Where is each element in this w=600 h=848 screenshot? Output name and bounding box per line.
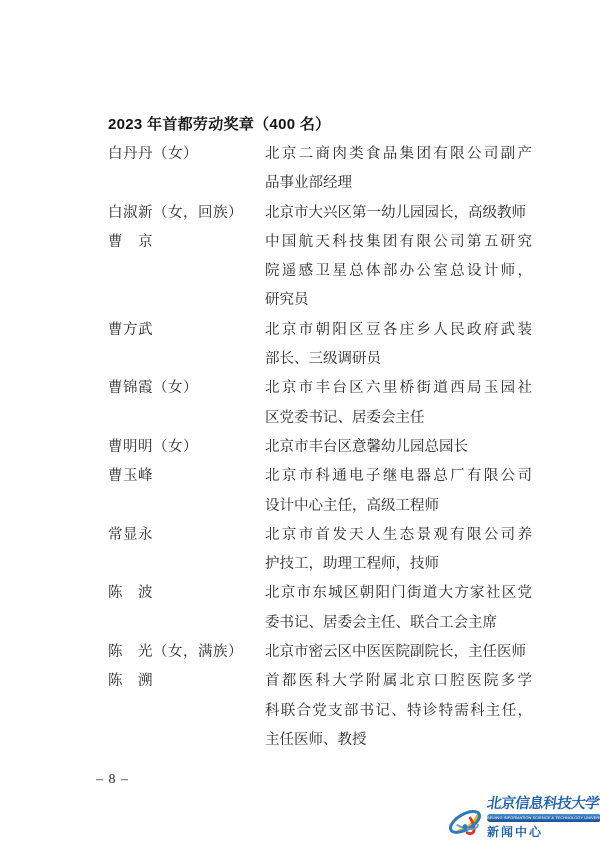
atom-orbit-icon <box>446 796 484 844</box>
awardee-description: 北京市朝阳区豆各庄乡人民政府武装部长、三级调研员 <box>265 316 532 375</box>
description-line: 北京市密云区中医医院副院长，主任医师 <box>265 638 532 667</box>
awardee-name: 陈 光（女，满族） <box>108 638 265 667</box>
awardee-name: 曹玉峰 <box>108 462 265 491</box>
description-line: 护技工，助理工程师，技师 <box>265 550 532 579</box>
awardee-name: 白丹丹（女） <box>108 140 265 169</box>
university-logo: 北京信息科技大学 BEIJING INFORMATION SCIENCE & T… <box>446 796 600 844</box>
news-center-label: 新闻中心 <box>487 825 600 839</box>
awardee-description: 北京市首发天人生态景观有限公司养护技工，助理工程师，技师 <box>265 521 532 580</box>
award-row: 陈 波北京市东城区朝阳门街道大方家社区党委书记、居委会主任、联合工会主席 <box>108 579 534 638</box>
awardee-name: 曹明明（女） <box>108 433 265 462</box>
description-line: 北京市科通电子继电器总厂有限公司 <box>265 462 532 491</box>
awardee-name: 白淑新（女，回族） <box>108 199 265 228</box>
awardee-name: 曹 京 <box>108 228 265 257</box>
award-row: 曹 京中国航天科技集团有限公司第五研究院遥感卫星总体部办公室总设计师，研究员 <box>108 228 534 316</box>
award-row: 曹玉峰北京市科通电子继电器总厂有限公司设计中心主任，高级工程师 <box>108 462 534 521</box>
award-row: 陈 溯首都医科大学附属北京口腔医院多学科联合党支部书记、特诊特需科主任，主任医师… <box>108 667 534 755</box>
description-line: 科联合党支部书记、特诊特需科主任， <box>265 697 532 726</box>
description-line: 研究员 <box>265 286 532 315</box>
awardee-name: 常显永 <box>108 521 265 550</box>
awardee-description: 北京市大兴区第一幼儿园园长，高级教师 <box>265 199 532 228</box>
awardee-description: 北京二商肉类食品集团有限公司副产品事业部经理 <box>265 140 532 199</box>
awardee-description: 北京市丰台区六里桥街道西局玉园社区党委书记、居委会主任 <box>265 374 532 433</box>
description-line: 品事业部经理 <box>265 169 532 198</box>
awardee-description: 首都医科大学附属北京口腔医院多学科联合党支部书记、特诊特需科主任，主任医师、教授 <box>265 667 532 755</box>
award-row: 陈 光（女，满族）北京市密云区中医医院副院长，主任医师 <box>108 638 534 667</box>
description-line: 设计中心主任，高级工程师 <box>265 492 532 521</box>
description-line: 北京市丰台区意馨幼儿园总园长 <box>265 433 532 462</box>
award-row: 白淑新（女，回族）北京市大兴区第一幼儿园园长，高级教师 <box>108 199 534 228</box>
description-line: 北京市大兴区第一幼儿园园长，高级教师 <box>265 199 532 228</box>
awardee-name: 曹方武 <box>108 316 265 345</box>
award-row: 常显永北京市首发天人生态景观有限公司养护技工，助理工程师，技师 <box>108 521 534 580</box>
page-number: – 8 – <box>96 772 129 788</box>
description-line: 首都医科大学附属北京口腔医院多学 <box>265 667 532 696</box>
description-line: 北京市丰台区六里桥街道西局玉园社 <box>265 374 532 403</box>
university-name-cn: 北京信息科技大学 <box>486 796 600 813</box>
description-line: 中国航天科技集团有限公司第五研究 <box>265 228 532 257</box>
awardee-name: 陈 溯 <box>108 667 265 696</box>
award-row: 曹方武北京市朝阳区豆各庄乡人民政府武装部长、三级调研员 <box>108 316 534 375</box>
awardee-description: 北京市密云区中医医院副院长，主任医师 <box>265 638 532 667</box>
awardee-description: 北京市丰台区意馨幼儿园总园长 <box>265 433 532 462</box>
description-line: 院遥感卫星总体部办公室总设计师， <box>265 257 532 286</box>
description-line: 北京市东城区朝阳门街道大方家社区党 <box>265 579 532 608</box>
awardee-list: 白丹丹（女）北京二商肉类食品集团有限公司副产品事业部经理白淑新（女，回族）北京市… <box>108 140 534 755</box>
awardee-name: 曹锦霞（女） <box>108 374 265 403</box>
section-title: 2023 年首都劳动奖章（400 名） <box>108 112 534 138</box>
description-line: 北京二商肉类食品集团有限公司副产 <box>265 140 532 169</box>
awardee-description: 北京市科通电子继电器总厂有限公司设计中心主任，高级工程师 <box>265 462 532 521</box>
description-line: 北京市首发天人生态景观有限公司养 <box>265 521 532 550</box>
awardee-name: 陈 波 <box>108 579 265 608</box>
description-line: 部长、三级调研员 <box>265 345 532 374</box>
award-row: 白丹丹（女）北京二商肉类食品集团有限公司副产品事业部经理 <box>108 140 534 199</box>
logo-text-block: 北京信息科技大学 BEIJING INFORMATION SCIENCE & T… <box>487 796 600 839</box>
description-line: 区党委书记、居委会主任 <box>265 404 532 433</box>
award-row: 曹明明（女）北京市丰台区意馨幼儿园总园长 <box>108 433 534 462</box>
awardee-description: 北京市东城区朝阳门街道大方家社区党委书记、居委会主任、联合工会主席 <box>265 579 532 638</box>
awardee-description: 中国航天科技集团有限公司第五研究院遥感卫星总体部办公室总设计师，研究员 <box>265 228 532 316</box>
description-line: 主任医师、教授 <box>265 726 532 755</box>
university-name-en: BEIJING INFORMATION SCIENCE & TECHNOLOGY… <box>487 814 600 822</box>
page-content: 2023 年首都劳动奖章（400 名） 白丹丹（女）北京二商肉类食品集团有限公司… <box>108 112 534 755</box>
award-row: 曹锦霞（女）北京市丰台区六里桥街道西局玉园社区党委书记、居委会主任 <box>108 374 534 433</box>
description-line: 委书记、居委会主任、联合工会主席 <box>265 609 532 638</box>
description-line: 北京市朝阳区豆各庄乡人民政府武装 <box>265 316 532 345</box>
document-page: 2023 年首都劳动奖章（400 名） 白丹丹（女）北京二商肉类食品集团有限公司… <box>0 0 600 848</box>
